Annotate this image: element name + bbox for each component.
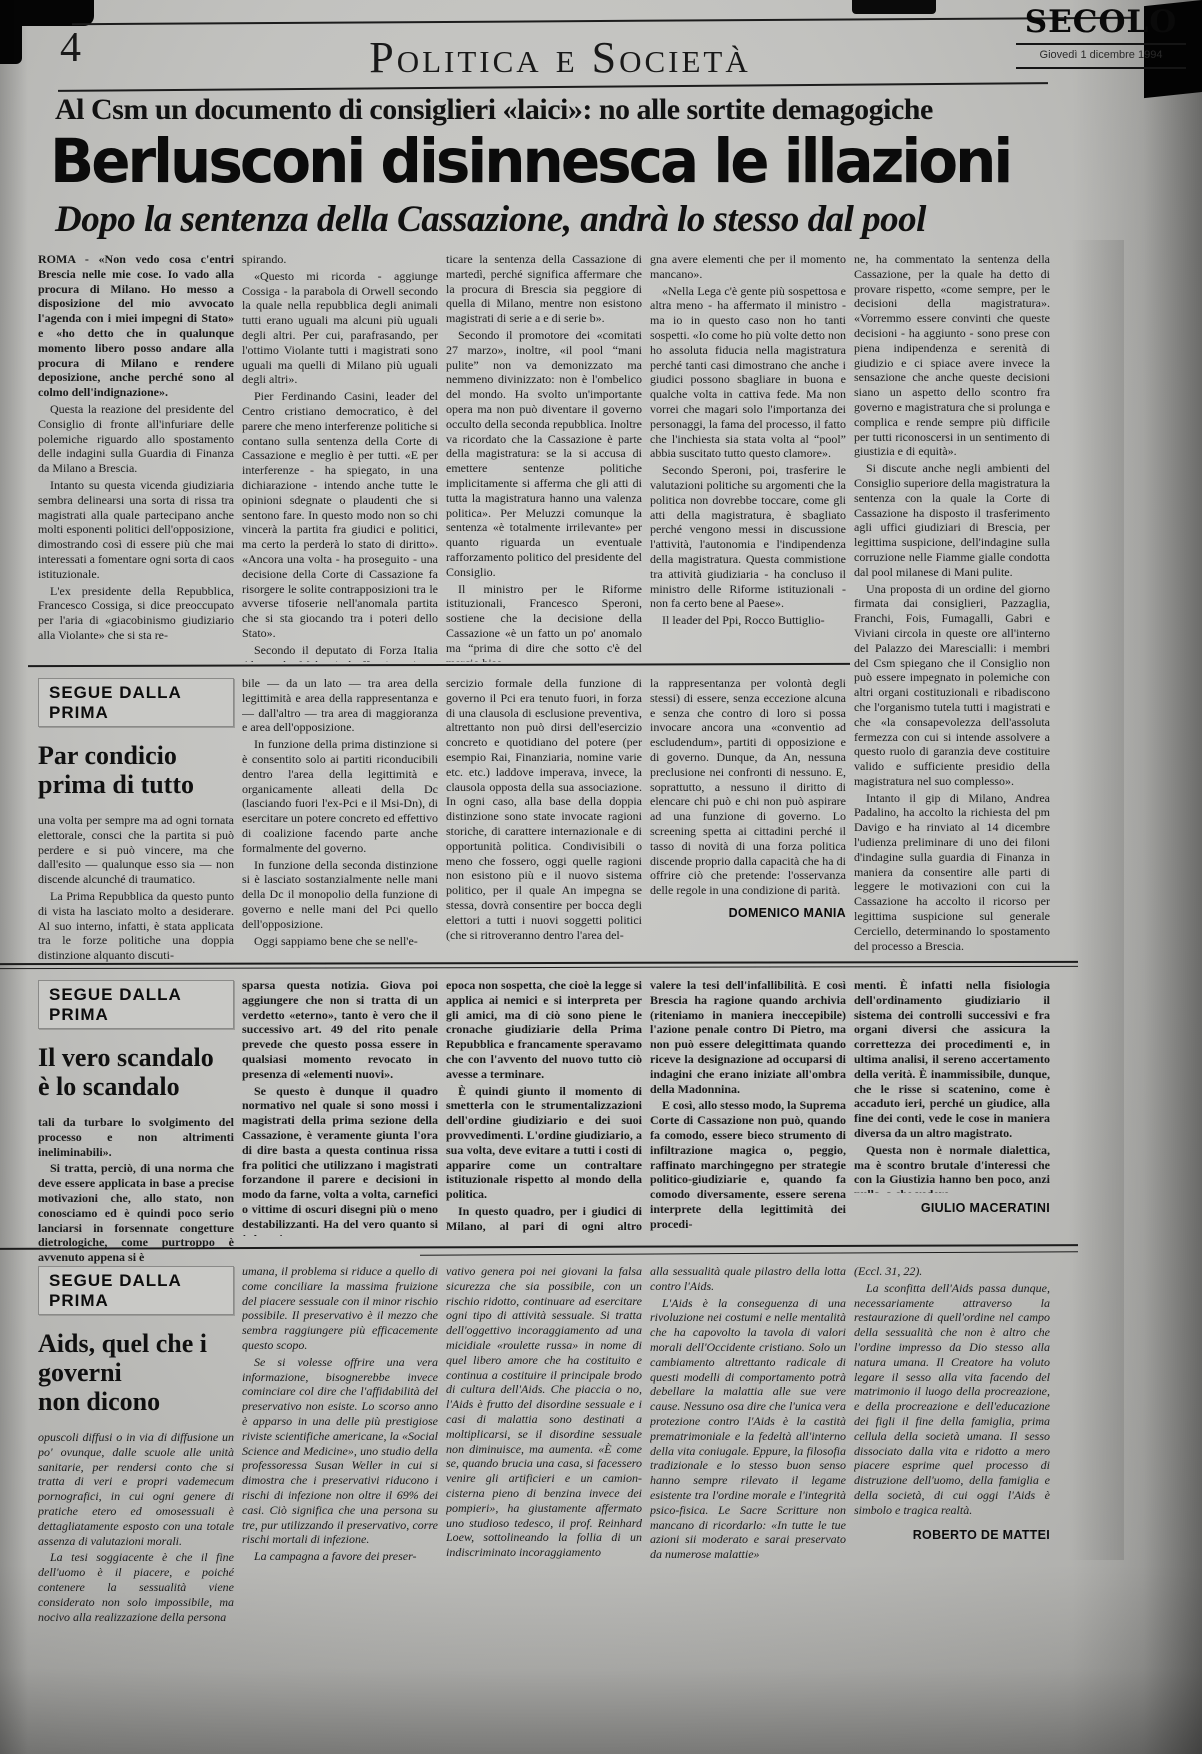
masthead: SECOLO Giovedì 1 dicembre 1994 <box>1012 4 1190 71</box>
article-column: bile — da un lato — tra area della legit… <box>242 676 438 950</box>
paragraph: bile — da un lato — tra area della legit… <box>242 676 438 735</box>
paragraph: Si discute anche negli ambienti del Cons… <box>854 461 1050 579</box>
segue-label: SEGUE DALLA PRIMA <box>38 1266 234 1315</box>
paragraph: Secondo il promotore dei «comitati 27 ma… <box>446 328 642 580</box>
paragraph: Secondo il deputato di Forza Italia Ales… <box>242 643 438 662</box>
paragraph: La sconfitta dell'Aids passa dunque, nec… <box>854 1281 1050 1518</box>
paragraph: In questo quadro, per i giudici di Milan… <box>446 1204 642 1236</box>
segue-label: SEGUE DALLA PRIMA <box>38 678 234 727</box>
scan-artifact-top-bar <box>852 0 936 14</box>
paragraph: opuscoli diffusi o in via di diffusione … <box>38 1430 234 1548</box>
kicker: Al Csm un documento di consiglieri «laic… <box>55 93 1070 127</box>
masthead-rule-top <box>1016 43 1186 45</box>
paragraph: tali da turbare lo svolgimento del proce… <box>38 1115 234 1159</box>
paragraph: E così, allo stesso modo, la Suprema Cor… <box>650 1098 846 1231</box>
article-column: tali da turbare lo svolgimento del proce… <box>38 1115 234 1265</box>
article-column: alla sessualità quale pilastro della lot… <box>650 1264 846 1564</box>
paragraph: Intanto su questa vicenda giudiziaria se… <box>38 478 234 582</box>
paragraph: Intanto il gip di Milano, Andrea Padalin… <box>854 791 1050 954</box>
paragraph: L'ex presidente della Repubblica, France… <box>38 584 234 643</box>
paragraph: ROMA - «Non vedo cosa c'entri Brescia ne… <box>38 252 234 400</box>
paragraph: gna avere elementi che per il momento ma… <box>650 252 846 282</box>
paragraph: Questa la reazione del presidente del Co… <box>38 402 234 476</box>
article-column: sercizio formale della funzione di gover… <box>446 676 642 944</box>
subheadline: Dopo la sentenza della Cassazione, andrà… <box>55 198 1065 241</box>
article-column: (Eccl. 31, 22).La sconfitta dell'Aids pa… <box>854 1264 1050 1520</box>
followup-title: Par condicio prima di tutto <box>38 741 234 799</box>
section-title: Politica e Società <box>250 32 870 83</box>
paragraph: umana, il problema si riduce a quello di… <box>242 1264 438 1353</box>
followup-title: Il vero scandalo è lo scandalo <box>38 1043 234 1101</box>
followup-lead-column: SEGUE DALLA PRIMA Aids, quel che i gover… <box>38 1264 234 1626</box>
article-column-2: spirando.«Questo mi ricorda - aggiunge C… <box>242 252 438 662</box>
header-top-rule <box>72 17 1134 25</box>
paragraph: È quindi giunto il momento di smetterla … <box>446 1084 642 1202</box>
paragraph: ticare la sentenza della Cassazione di m… <box>446 252 642 326</box>
paragraph: «Nella Lega c'è gente più sospettosa e a… <box>650 284 846 462</box>
paragraph: Se questo è dunque il quadro normativo n… <box>242 1084 438 1236</box>
article-column-5: ne, ha commentato la sentenza della Cass… <box>854 252 1050 954</box>
paragraph: Se si volesse offrire una vera informazi… <box>242 1355 438 1547</box>
paragraph: (Eccl. 31, 22). <box>854 1264 1050 1279</box>
paragraph: Oggi sappiamo bene che se nell'e- <box>242 934 438 949</box>
masthead-rule-bottom <box>1016 67 1186 69</box>
paragraph: vativo genera poi nei giovani la falsa s… <box>446 1264 642 1560</box>
scan-shadow-right <box>1072 0 1202 1754</box>
paragraph: La campagna a favore dei preser- <box>242 1549 438 1564</box>
followup-scandalo: SEGUE DALLA PRIMA Il vero scandalo è lo … <box>38 978 1050 1265</box>
header-bottom-rule <box>58 82 1048 92</box>
byline: GIULIO MACERATINI <box>854 1201 1050 1215</box>
paragraph: Una proposta di un ordine del giorno fir… <box>854 582 1050 789</box>
paragraph: valere la tesi dell'infallibilità. E cos… <box>650 978 846 1096</box>
paragraph: alla sessualità quale pilastro della lot… <box>650 1264 846 1294</box>
paragraph: una volta per sempre ma ad ogni tornata … <box>38 813 234 887</box>
paragraph: Secondo Speroni, poi, trasferire le valu… <box>650 463 846 611</box>
scan-shadow-left <box>0 0 28 1754</box>
article-column: la rappresentanza per volontà degli stes… <box>650 676 846 898</box>
paragraph: menti. È infatti nella fisiologia dell'o… <box>854 978 1050 1141</box>
paragraph: In funzione della prima distinzione si è… <box>242 737 438 855</box>
scan-artifact-top-left <box>0 0 94 26</box>
masthead-logo: SECOLO <box>1012 4 1190 40</box>
byline: ROBERTO DE MATTEI <box>854 1528 1050 1542</box>
newspaper-page: 4 Politica e Società SECOLO Giovedì 1 di… <box>0 0 1202 1754</box>
paragraph: L'Aids è la conseguenza di una rivoluzio… <box>650 1296 846 1562</box>
article-column: menti. È infatti nella fisiologia dell'o… <box>854 978 1050 1193</box>
article-column: epoca non sospetta, che cioè la legge si… <box>446 978 642 1236</box>
paragraph: Il leader del Ppi, Rocco Buttiglio- <box>650 613 846 628</box>
divider-rule-2b <box>0 966 1078 969</box>
article-column-4: gna avere elementi che per il momento ma… <box>650 252 846 662</box>
issue-date: Giovedì 1 dicembre 1994 <box>1012 47 1190 64</box>
page-number: 4 <box>60 24 81 72</box>
paragraph: sercizio formale della funzione di gover… <box>446 676 642 942</box>
scan-artifact-top-left-edge <box>0 0 22 64</box>
article-column: opuscoli diffusi o in via di diffusione … <box>38 1430 234 1626</box>
scan-shadow-gutter <box>1068 240 1124 1560</box>
paragraph: sparsa questa notizia. Giova poi aggiung… <box>242 978 438 1082</box>
followup-aids: SEGUE DALLA PRIMA Aids, quel che i gover… <box>38 1264 1050 1626</box>
article-column-1: ROMA - «Non vedo cosa c'entri Brescia ne… <box>38 252 234 662</box>
main-headline: Berlusconi disinnesca le illazioni <box>50 126 1090 197</box>
followup-title: Aids, quel che i governi non dicono <box>38 1329 234 1416</box>
followup-lead-column: SEGUE DALLA PRIMA Il vero scandalo è lo … <box>38 978 234 1265</box>
paragraph: «Questo mi ricorda - aggiunge Cossiga - … <box>242 269 438 387</box>
article-column: vativo genera poi nei giovani la falsa s… <box>446 1264 642 1562</box>
paragraph: epoca non sospetta, che cioè la legge si… <box>446 978 642 1082</box>
paragraph: spirando. <box>242 252 438 267</box>
article-column: umana, il problema si riduce a quello di… <box>242 1264 438 1566</box>
paragraph: ne, ha commentato la sentenza della Cass… <box>854 252 1050 459</box>
paragraph: La Prima Repubblica da questo punto di v… <box>38 889 234 963</box>
followup-parcondicio: SEGUE DALLA PRIMA Par condicio prima di … <box>38 676 846 965</box>
paragraph: Pier Ferdinando Casini, leader del Centr… <box>242 389 438 641</box>
followup-lead-column: SEGUE DALLA PRIMA Par condicio prima di … <box>38 676 234 965</box>
article-column: una volta per sempre ma ad ogni tornata … <box>38 813 234 965</box>
paragraph: Questa non è normale dialettica, ma è sc… <box>854 1143 1050 1193</box>
paragraph: la rappresentanza per volontà degli stes… <box>650 676 846 898</box>
byline: DOMENICO MANIA <box>650 906 846 920</box>
paragraph: La tesi soggiacente è che il fine dell'u… <box>38 1550 234 1624</box>
paragraph: Il ministro per le Riforme istituzionali… <box>446 582 642 662</box>
segue-label: SEGUE DALLA PRIMA <box>38 980 234 1029</box>
article-column: valere la tesi dell'infallibilità. E cos… <box>650 978 846 1234</box>
paragraph: In funzione della seconda distinzione si… <box>242 858 438 932</box>
article-column: sparsa questa notizia. Giova poi aggiung… <box>242 978 438 1236</box>
article-column-3: ticare la sentenza della Cassazione di m… <box>446 252 642 662</box>
